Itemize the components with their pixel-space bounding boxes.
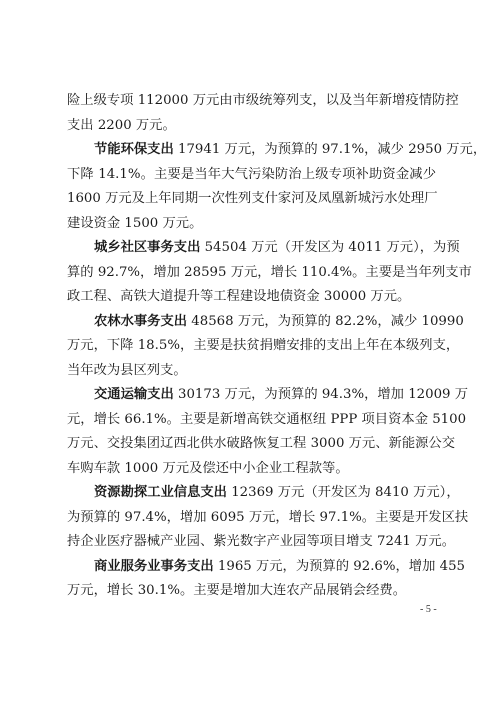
text-run: 48568 万元，为预算的 82.2%，减少 10990 [187,314,464,329]
paragraph-first-line: 城乡社区事务支出 54504 万元（开发区为 4011 万元），为预 [67,236,436,261]
section-heading: 资源勘探工业信息支出 [94,485,227,500]
text-line: 车购车款 1000 万元及偿还中小企业工程款等。 [67,457,436,482]
paragraph-first-line: 交通运输支出 30173 万元，为预算的 94.3%，增加 12009 万 [67,383,436,408]
section-heading: 商业服务业事务支出 [94,559,214,574]
text-line: 为预算的 97.4%，增加 6095 万元，增长 97.1%。主要是开发区扶 [67,506,436,531]
section-heading: 交通运输支出 [94,387,174,402]
text-line: 万元、交投集团辽西北供水破路恢复工程 3000 万元、新能源公交 [67,432,436,457]
text-line: 元，增长 66.1%。主要是新增高铁交通枢纽 PPP 项目资本金 5100 [67,408,436,433]
text-line: 支出 2200 万元。 [67,114,436,139]
document-body: 险上级专项 112000 万元由市级统筹列支，以及当年新增疫情防控 支出 220… [67,89,436,604]
text-line: 算的 92.7%，增加 28595 万元，增长 110.4%。主要是当年列支市 [67,261,436,286]
text-run: 17941 万元，为预算的 97.1%，减少 2950 万元， [174,142,486,157]
page-number: - 5 - [420,604,437,615]
text-line: 下降 14.1%。主要是当年大气污染防治上级专项补助资金减少 [67,163,436,188]
section-heading: 城乡社区事务支出 [94,240,200,255]
section-heading: 农林水事务支出 [94,314,187,329]
text-line: 建设资金 1500 万元。 [67,212,436,237]
paragraph-first-line: 资源勘探工业信息支出 12369 万元（开发区为 8410 万元）， [67,481,436,506]
text-line: 政工程、高铁大道提升等工程建设地债资金 30000 万元。 [67,285,436,310]
section-heading: 节能环保支出 [94,142,174,157]
text-line: 1600 万元及上年同期一次性列支什家河及凤凰新城污水处理厂 [67,187,436,212]
text-run: 54504 万元（开发区为 4011 万元），为预 [200,240,459,255]
text-line: 当年改为县区列支。 [67,359,436,384]
text-line: 险上级专项 112000 万元由市级统筹列支，以及当年新增疫情防控 [67,89,436,114]
paragraph-first-line: 农林水事务支出 48568 万元，为预算的 82.2%，减少 10990 [67,310,436,335]
text-run: 1965 万元，为预算的 92.6%，增加 455 [214,559,465,574]
paragraph-first-line: 节能环保支出 17941 万元，为预算的 97.1%，减少 2950 万元， [67,138,436,163]
text-line: 万元，增长 30.1%。主要是增加大连农产品展销会经费。 [67,579,436,604]
text-run: 30173 万元，为预算的 94.3%，增加 12009 万 [174,387,468,402]
text-line: 持企业医疗器械产业园、紫光数字产业园等项目增支 7241 万元。 [67,530,436,555]
paragraph-first-line: 商业服务业事务支出 1965 万元，为预算的 92.6%，增加 455 [67,555,436,580]
text-run: 12369 万元（开发区为 8410 万元）， [227,485,460,500]
text-line: 万元，下降 18.5%，主要是扶贫捐赠安排的支出上年在本级列支， [67,334,436,359]
